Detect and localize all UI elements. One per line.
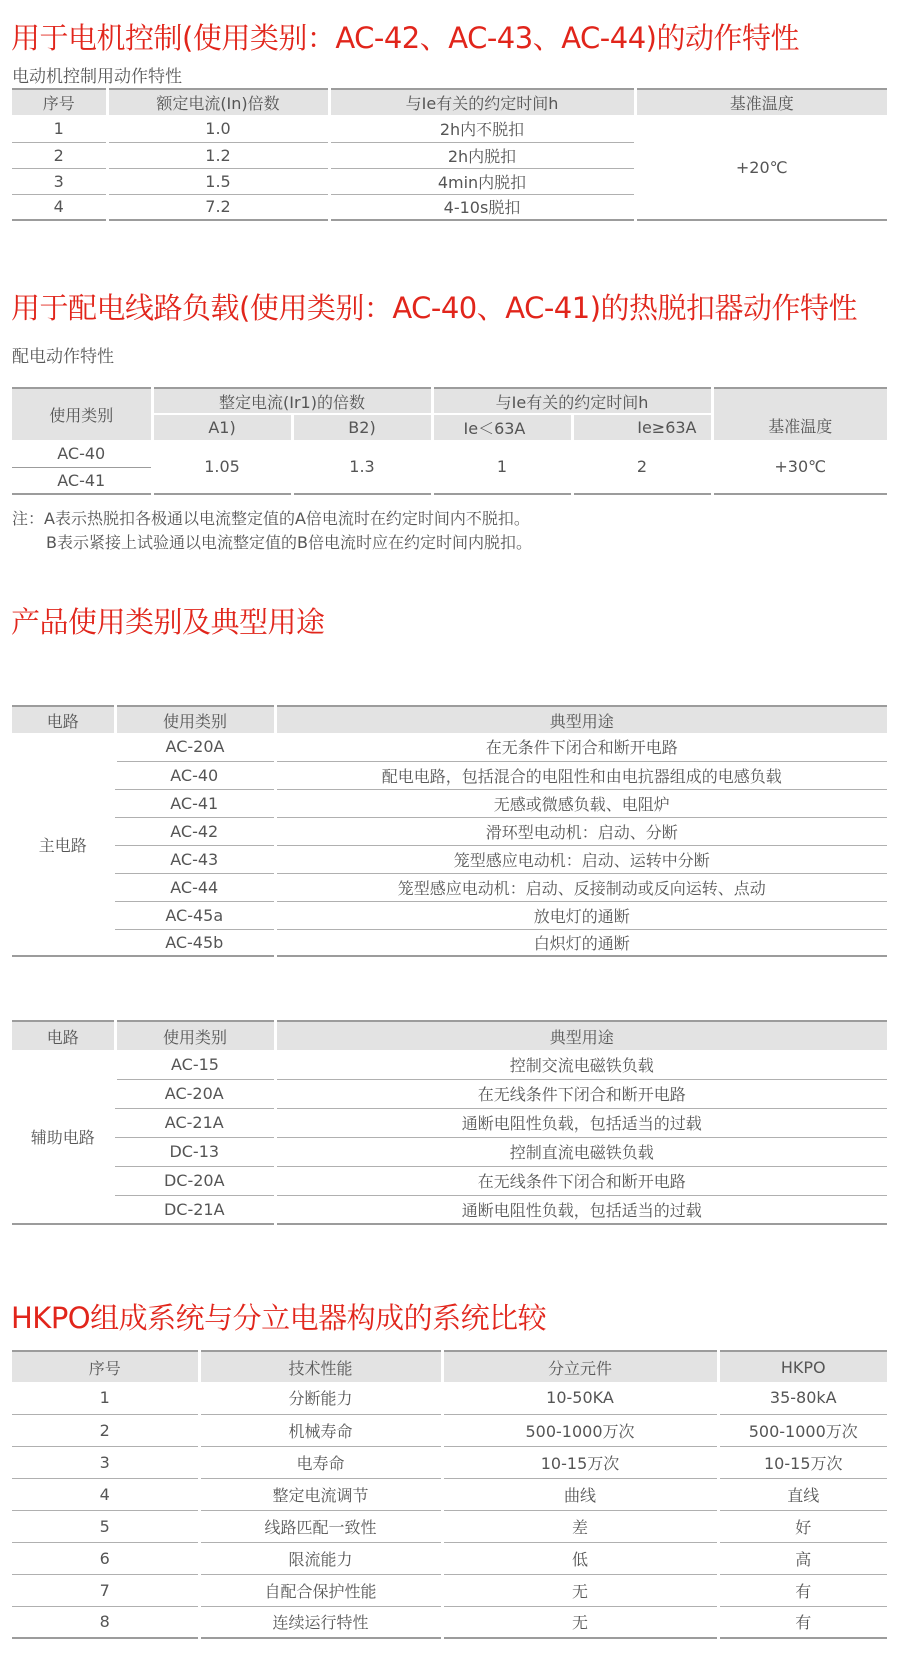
col-header-lt63: Ie＜63A bbox=[432, 414, 572, 440]
cell-time: 4min内脱扣 bbox=[329, 168, 635, 194]
cell-use: 控制直流电磁铁负载 bbox=[275, 1137, 887, 1166]
cell-multiple: 1.0 bbox=[107, 115, 329, 142]
table-row: 主电路 AC-20A 在无条件下闭合和断开电路 bbox=[12, 733, 887, 761]
col-header: 额定电流(In)倍数 bbox=[107, 89, 329, 115]
table-row: AC-45b白炽灯的通断 bbox=[12, 929, 887, 956]
distribution-table: 使用类别 整定电流(Ir1)的倍数 与Ie有关的约定时间h 基准温度 A1) B… bbox=[12, 387, 887, 495]
cell-no: 4 bbox=[12, 194, 107, 220]
cell-category: AC-15 bbox=[115, 1050, 275, 1079]
cell-hkpo: 10-15万次 bbox=[718, 1446, 887, 1478]
cell-lt63: 1 bbox=[432, 440, 572, 494]
col-header-ge63: Ie≥63A bbox=[572, 414, 712, 440]
col-header: 与Ie有关的约定时间h bbox=[329, 89, 635, 115]
cell-category: AC-20A bbox=[115, 1079, 275, 1108]
cell-use: 在无线条件下闭合和断开电路 bbox=[275, 1166, 887, 1195]
table-row: AC-21A通断电阻性负载，包括适当的过载 bbox=[12, 1108, 887, 1137]
table-row: 3电寿命10-15万次10-15万次 bbox=[12, 1446, 887, 1478]
col-header-b: B2) bbox=[292, 414, 432, 440]
table-row: 4整定电流调节曲线直线 bbox=[12, 1478, 887, 1510]
section-title-distribution: 用于配电线路负载(使用类别：AC-40、AC-41)的热脱扣器动作特性 bbox=[11, 286, 857, 327]
table-row: 2机械寿命500-1000万次500-1000万次 bbox=[12, 1414, 887, 1446]
cell-use: 白炽灯的通断 bbox=[275, 929, 887, 956]
cell-ge63: 2 bbox=[572, 440, 712, 494]
cell-category: DC-20A bbox=[115, 1166, 275, 1195]
table-row: 8连续运行特性无有 bbox=[12, 1606, 887, 1638]
cell-category: AC-21A bbox=[115, 1108, 275, 1137]
cell-use: 在无线条件下闭合和断开电路 bbox=[275, 1079, 887, 1108]
cell-perf: 分断能力 bbox=[199, 1382, 442, 1414]
cell-use: 笼型感应电动机：启动、反接制动或反向运转、点动 bbox=[275, 873, 887, 901]
cell-category: AC-41 bbox=[115, 789, 275, 817]
cell-perf: 整定电流调节 bbox=[199, 1478, 442, 1510]
cell-multiple: 7.2 bbox=[107, 194, 329, 220]
table-row: 5线路匹配一致性差好 bbox=[12, 1510, 887, 1542]
cell-discrete: 差 bbox=[442, 1510, 718, 1542]
cell-no: 2 bbox=[12, 142, 107, 168]
cell-category: AC-45a bbox=[115, 901, 275, 929]
table-row: 7自配合保护性能无有 bbox=[12, 1574, 887, 1606]
col-header-a: A1) bbox=[152, 414, 292, 440]
cell-no: 2 bbox=[12, 1414, 199, 1446]
section-title-motor-control: 用于电机控制(使用类别：AC-42、AC-43、AC-44)的动作特性 bbox=[11, 16, 799, 57]
cell-no: 4 bbox=[12, 1478, 199, 1510]
cell-discrete: 10-50KA bbox=[442, 1382, 718, 1414]
col-header-multiple: 整定电流(Ir1)的倍数 bbox=[152, 388, 432, 414]
table-row: 辅助电路 AC-15 控制交流电磁铁负载 bbox=[12, 1050, 887, 1079]
cell-category: AC-41 bbox=[12, 467, 152, 494]
col-header: 技术性能 bbox=[199, 1351, 442, 1382]
table-row: AC-40 1.05 1.3 1 2 +30℃ bbox=[12, 440, 887, 467]
cell-no: 1 bbox=[12, 1382, 199, 1414]
cell-category: AC-40 bbox=[115, 761, 275, 789]
cell-category: AC-44 bbox=[115, 873, 275, 901]
col-header-time: 与Ie有关的约定时间h bbox=[432, 388, 712, 414]
col-header: 电路 bbox=[12, 1021, 115, 1050]
col-header: 分立元件 bbox=[442, 1351, 718, 1382]
cell-perf: 线路匹配一致性 bbox=[199, 1510, 442, 1542]
cell-time: 2h内不脱扣 bbox=[329, 115, 635, 142]
cell-no: 3 bbox=[12, 1446, 199, 1478]
cell-hkpo: 高 bbox=[718, 1542, 887, 1574]
cell-multiple: 1.5 bbox=[107, 168, 329, 194]
table-row: 6限流能力低高 bbox=[12, 1542, 887, 1574]
table-row: AC-40配电电路，包括混合的电阻性和由电抗器组成的电感负载 bbox=[12, 761, 887, 789]
cell-no: 3 bbox=[12, 168, 107, 194]
col-header-category: 使用类别 bbox=[12, 388, 152, 440]
cell-no: 1 bbox=[12, 115, 107, 142]
cell-category: AC-43 bbox=[115, 845, 275, 873]
col-header-temp: 基准温度 bbox=[712, 388, 887, 440]
cell-discrete: 曲线 bbox=[442, 1478, 718, 1510]
cell-hkpo: 35-80kA bbox=[718, 1382, 887, 1414]
cell-discrete: 10-15万次 bbox=[442, 1446, 718, 1478]
cell-temperature: +20℃ bbox=[635, 115, 887, 220]
cell-category: AC-42 bbox=[115, 817, 275, 845]
table-row: AC-43笼型感应电动机：启动、运转中分断 bbox=[12, 845, 887, 873]
table-caption-distribution: 配电动作特性 bbox=[12, 342, 114, 367]
table-caption-motor: 电动机控制用动作特性 bbox=[12, 62, 182, 87]
cell-discrete: 低 bbox=[442, 1542, 718, 1574]
cell-multiple: 1.2 bbox=[107, 142, 329, 168]
table-row: DC-21A通断电阻性负载，包括适当的过载 bbox=[12, 1195, 887, 1224]
cell-hkpo: 500-1000万次 bbox=[718, 1414, 887, 1446]
cell-time: 4-10s脱扣 bbox=[329, 194, 635, 220]
cell-perf: 机械寿命 bbox=[199, 1414, 442, 1446]
main-circuit-table: 电路 使用类别 典型用途 主电路 AC-20A 在无条件下闭合和断开电路 AC-… bbox=[12, 705, 887, 957]
cell-use: 滑环型电动机：启动、分断 bbox=[275, 817, 887, 845]
cell-discrete: 无 bbox=[442, 1606, 718, 1638]
table-row: DC-13控制直流电磁铁负载 bbox=[12, 1137, 887, 1166]
cell-perf: 电寿命 bbox=[199, 1446, 442, 1478]
col-header: 基准温度 bbox=[635, 89, 887, 115]
col-header: 典型用途 bbox=[275, 1021, 887, 1050]
cell-time: 2h内脱扣 bbox=[329, 142, 635, 168]
cell-hkpo: 好 bbox=[718, 1510, 887, 1542]
cell-hkpo: 有 bbox=[718, 1606, 887, 1638]
cell-no: 8 bbox=[12, 1606, 199, 1638]
note-a: 注：A表示热脱扣各极通以电流整定值的A倍电流时在约定时间内不脱扣。 bbox=[12, 507, 530, 531]
cell-hkpo: 直线 bbox=[718, 1478, 887, 1510]
table-row: AC-45a放电灯的通断 bbox=[12, 901, 887, 929]
cell-a: 1.05 bbox=[152, 440, 292, 494]
col-header: 使用类别 bbox=[115, 706, 275, 733]
cell-use: 通断电阻性负载，包括适当的过载 bbox=[275, 1195, 887, 1224]
cell-category: DC-13 bbox=[115, 1137, 275, 1166]
cell-perf: 自配合保护性能 bbox=[199, 1574, 442, 1606]
col-header: HKPO bbox=[718, 1351, 887, 1382]
cell-discrete: 500-1000万次 bbox=[442, 1414, 718, 1446]
section-title-comparison: HKPO组成系统与分立电器构成的系统比较 bbox=[11, 1296, 546, 1337]
cell-perf: 连续运行特性 bbox=[199, 1606, 442, 1638]
note-b: B表示紧接上试验通以电流整定值的B倍电流时应在约定时间内脱扣。 bbox=[46, 531, 532, 555]
comparison-table: 序号 技术性能 分立元件 HKPO 1分断能力10-50KA35-80kA 2机… bbox=[12, 1350, 887, 1639]
table-row: DC-20A在无线条件下闭合和断开电路 bbox=[12, 1166, 887, 1195]
cell-category: DC-21A bbox=[115, 1195, 275, 1224]
cell-category: AC-45b bbox=[115, 929, 275, 956]
cell-no: 7 bbox=[12, 1574, 199, 1606]
col-header: 序号 bbox=[12, 1351, 199, 1382]
cell-use: 无感或微感负载、电阻炉 bbox=[275, 789, 887, 817]
cell-category: AC-20A bbox=[115, 733, 275, 761]
section-title-usage: 产品使用类别及典型用途 bbox=[11, 600, 325, 641]
cell-b: 1.3 bbox=[292, 440, 432, 494]
col-header: 使用类别 bbox=[115, 1021, 275, 1050]
cell-use: 笼型感应电动机：启动、运转中分断 bbox=[275, 845, 887, 873]
motor-control-table: 序号 额定电流(In)倍数 与Ie有关的约定时间h 基准温度 1 1.0 2h内… bbox=[12, 88, 887, 221]
cell-use: 通断电阻性负载，包括适当的过载 bbox=[275, 1108, 887, 1137]
cell-discrete: 无 bbox=[442, 1574, 718, 1606]
table-row: AC-41无感或微感负载、电阻炉 bbox=[12, 789, 887, 817]
cell-circuit: 主电路 bbox=[12, 733, 115, 956]
cell-category: AC-40 bbox=[12, 440, 152, 467]
cell-no: 5 bbox=[12, 1510, 199, 1542]
table-row: 1 1.0 2h内不脱扣 +20℃ bbox=[12, 115, 887, 142]
table-row: AC-42滑环型电动机：启动、分断 bbox=[12, 817, 887, 845]
cell-use: 配电电路，包括混合的电阻性和由电抗器组成的电感负载 bbox=[275, 761, 887, 789]
cell-circuit: 辅助电路 bbox=[12, 1050, 115, 1224]
cell-use: 放电灯的通断 bbox=[275, 901, 887, 929]
table-row: 1分断能力10-50KA35-80kA bbox=[12, 1382, 887, 1414]
table-row: AC-44笼型感应电动机：启动、反接制动或反向运转、点动 bbox=[12, 873, 887, 901]
col-header: 典型用途 bbox=[275, 706, 887, 733]
table-row: AC-20A在无线条件下闭合和断开电路 bbox=[12, 1079, 887, 1108]
cell-hkpo: 有 bbox=[718, 1574, 887, 1606]
col-header: 序号 bbox=[12, 89, 107, 115]
cell-no: 6 bbox=[12, 1542, 199, 1574]
col-header: 电路 bbox=[12, 706, 115, 733]
cell-perf: 限流能力 bbox=[199, 1542, 442, 1574]
cell-temp: +30℃ bbox=[712, 440, 887, 494]
aux-circuit-table: 电路 使用类别 典型用途 辅助电路 AC-15 控制交流电磁铁负载 AC-20A… bbox=[12, 1020, 887, 1225]
cell-use: 在无条件下闭合和断开电路 bbox=[275, 733, 887, 761]
cell-use: 控制交流电磁铁负载 bbox=[275, 1050, 887, 1079]
